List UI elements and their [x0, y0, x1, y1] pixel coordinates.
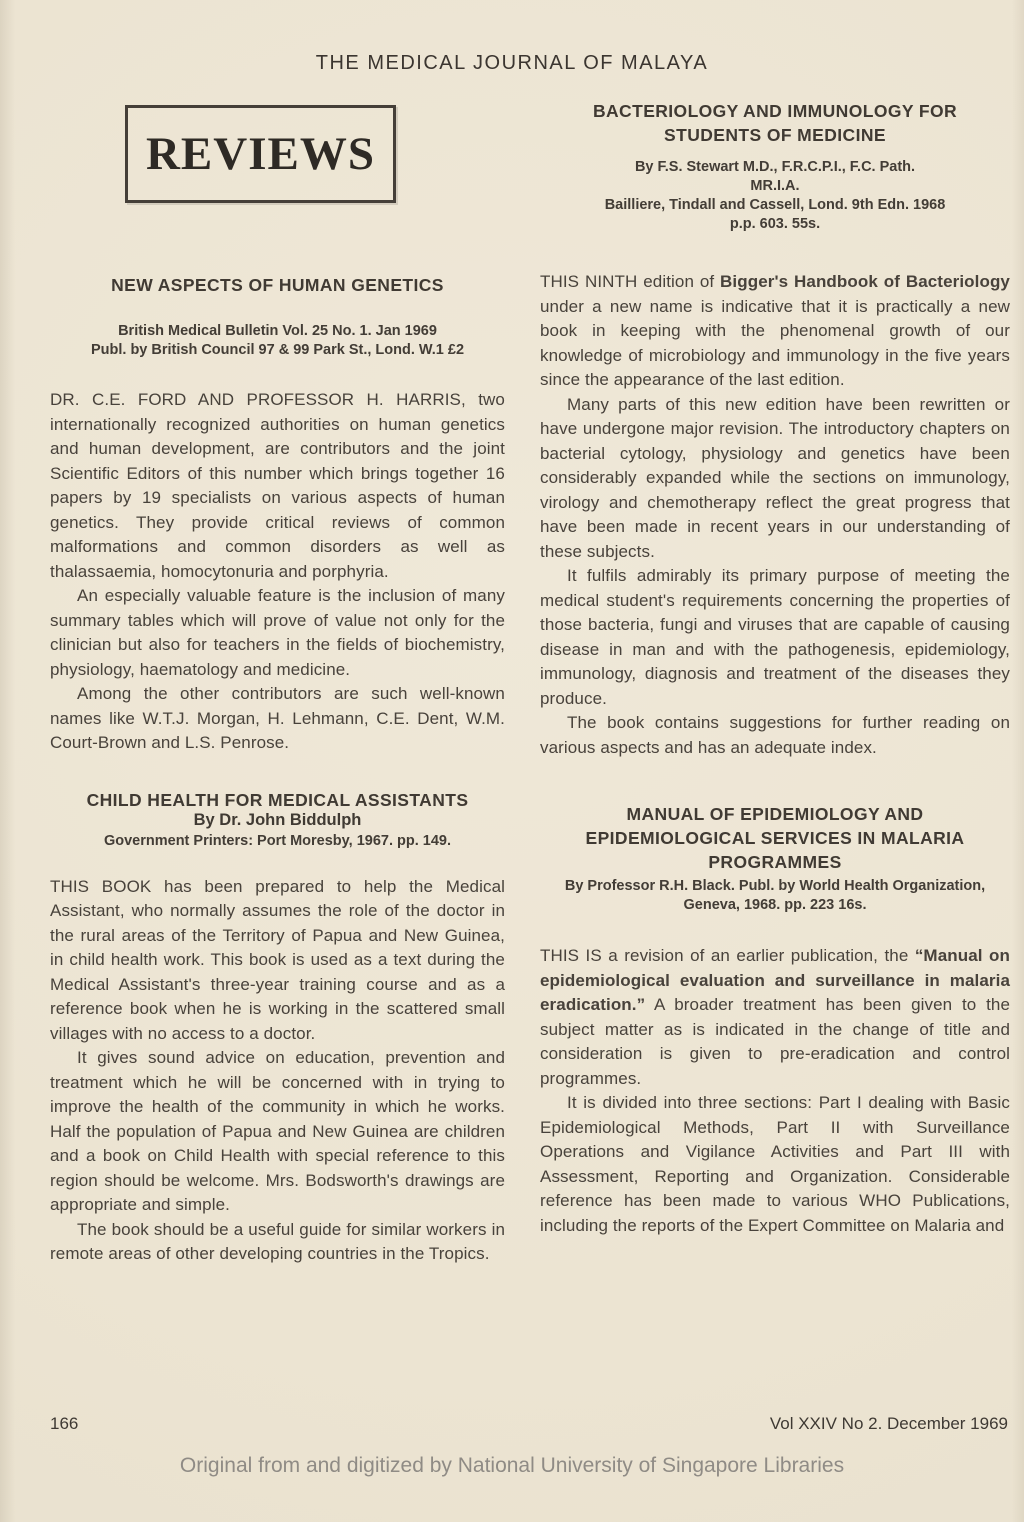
text-line: British Medical Bulletin Vol. 25 No. 1. …: [50, 322, 505, 341]
text-segment: DR. C.E. FORD AND PROFESSOR H. HARRIS, t…: [50, 390, 505, 581]
text-line: MANUAL OF EPIDEMIOLOGY AND: [540, 802, 1010, 826]
text-line: PROGRAMMES: [540, 850, 1010, 874]
text-segment: Among the other contributors are such we…: [50, 684, 505, 752]
text-segment: THIS NINTH edition of: [540, 272, 720, 291]
review-child-health: CHILD HEALTH FOR MEDICAL ASSISTANTS By D…: [50, 790, 505, 1267]
paragraph: An especially valuable feature is the in…: [50, 584, 505, 682]
paragraph: Many parts of this new edition have been…: [540, 393, 1010, 565]
text-line: Bailliere, Tindall and Cassell, Lond. 9t…: [540, 196, 1010, 215]
review-body: DR. C.E. FORD AND PROFESSOR H. HARRIS, t…: [50, 388, 505, 756]
digitization-note: Original from and digitized by National …: [0, 1454, 1024, 1478]
paragraph: It is divided into three sections: Part …: [540, 1091, 1010, 1238]
paragraph: THIS IS a revision of an earlier publica…: [540, 944, 1010, 1091]
text-line: EPIDEMIOLOGICAL SERVICES IN MALARIA: [540, 826, 1010, 850]
text-line: p.p. 603. 55s.: [540, 215, 1010, 234]
review-title: MANUAL OF EPIDEMIOLOGY ANDEPIDEMIOLOGICA…: [540, 802, 1010, 874]
text-segment: It fulfils admirably its primary purpose…: [540, 566, 1010, 708]
review-title: BACTERIOLOGY AND IMMUNOLOGY FORSTUDENTS …: [540, 99, 1010, 147]
text-segment: The book should be a useful guide for si…: [50, 1220, 505, 1264]
review-imprint: By Professor R.H. Black. Publ. by World …: [540, 877, 1010, 915]
paragraph: It fulfils admirably its primary purpose…: [540, 564, 1010, 711]
review-body: THIS BOOK has been prepared to help the …: [50, 875, 505, 1267]
text-line: STUDENTS OF MEDICINE: [540, 123, 1010, 147]
text-segment: under a new name is indicative that it i…: [540, 297, 1010, 390]
page-number: 166: [50, 1414, 78, 1434]
text-line: By Professor R.H. Black. Publ. by World …: [540, 877, 1010, 896]
review-citation: British Medical Bulletin Vol. 25 No. 1. …: [50, 322, 505, 360]
text-segment: An especially valuable feature is the in…: [50, 586, 505, 679]
left-column: REVIEWS NEW ASPECTS OF HUMAN GENETICS Br…: [50, 99, 505, 1267]
text-segment: THIS IS a revision of an earlier publica…: [540, 946, 915, 965]
right-column: BACTERIOLOGY AND IMMUNOLOGY FORSTUDENTS …: [540, 99, 1010, 1267]
scanned-journal-page: THE MEDICAL JOURNAL OF MALAYA REVIEWS NE…: [0, 0, 1024, 1522]
text-line: Geneva, 1968. pp. 223 16s.: [540, 896, 1010, 915]
review-body: THIS IS a revision of an earlier publica…: [540, 944, 1010, 1238]
review-byline: By F.S. Stewart M.D., F.R.C.P.I., F.C. P…: [540, 158, 1010, 196]
review-malaria-manual: MANUAL OF EPIDEMIOLOGY ANDEPIDEMIOLOGICA…: [540, 802, 1010, 1238]
paragraph: DR. C.E. FORD AND PROFESSOR H. HARRIS, t…: [50, 388, 505, 584]
text-line: By F.S. Stewart M.D., F.R.C.P.I., F.C. P…: [540, 158, 1010, 177]
text-line: BACTERIOLOGY AND IMMUNOLOGY FOR: [540, 99, 1010, 123]
volume-info: Vol XXIV No 2. December 1969: [770, 1414, 1008, 1434]
two-column-layout: REVIEWS NEW ASPECTS OF HUMAN GENETICS Br…: [0, 99, 1024, 1267]
text-line: Publ. by British Council 97 & 99 Park St…: [50, 341, 505, 360]
text-segment: THIS BOOK has been prepared to help the …: [50, 877, 505, 1043]
review-title: CHILD HEALTH FOR MEDICAL ASSISTANTS: [50, 790, 505, 810]
review-body: THIS NINTH edition of Bigger's Handbook …: [540, 270, 1010, 760]
reviews-section-label: REVIEWS: [146, 127, 375, 181]
paragraph: It gives sound advice on education, prev…: [50, 1046, 505, 1218]
paragraph: THIS NINTH edition of Bigger's Handbook …: [540, 270, 1010, 393]
review-imprint: Bailliere, Tindall and Cassell, Lond. 9t…: [540, 196, 1010, 234]
review-title: NEW ASPECTS OF HUMAN GENETICS: [50, 273, 505, 297]
paragraph: The book should be a useful guide for si…: [50, 1218, 505, 1267]
reviews-section-box: REVIEWS: [125, 105, 396, 203]
page-footer: 166 Vol XXIV No 2. December 1969: [50, 1414, 1008, 1434]
paragraph: THIS BOOK has been prepared to help the …: [50, 875, 505, 1047]
review-byline: By Dr. John Biddulph: [50, 810, 505, 831]
text-segment: The book contains suggestions for furthe…: [540, 713, 1010, 757]
review-human-genetics: NEW ASPECTS OF HUMAN GENETICS British Me…: [50, 273, 505, 756]
paragraph: Among the other contributors are such we…: [50, 682, 505, 756]
book-title-emphasis: Bigger's Handbook of Bacteriology: [720, 272, 1010, 291]
text-line: MR.I.A.: [540, 177, 1010, 196]
text-line: Government Printers: Port Moresby, 1967.…: [50, 832, 505, 851]
text-segment: It gives sound advice on education, prev…: [50, 1048, 505, 1214]
text-segment: It is divided into three sections: Part …: [540, 1093, 1010, 1235]
review-bacteriology: BACTERIOLOGY AND IMMUNOLOGY FORSTUDENTS …: [540, 99, 1010, 760]
text-segment: Many parts of this new edition have been…: [540, 395, 1010, 561]
paragraph: The book contains suggestions for furthe…: [540, 711, 1010, 760]
journal-title: THE MEDICAL JOURNAL OF MALAYA: [0, 0, 1024, 75]
review-imprint: Government Printers: Port Moresby, 1967.…: [50, 832, 505, 851]
